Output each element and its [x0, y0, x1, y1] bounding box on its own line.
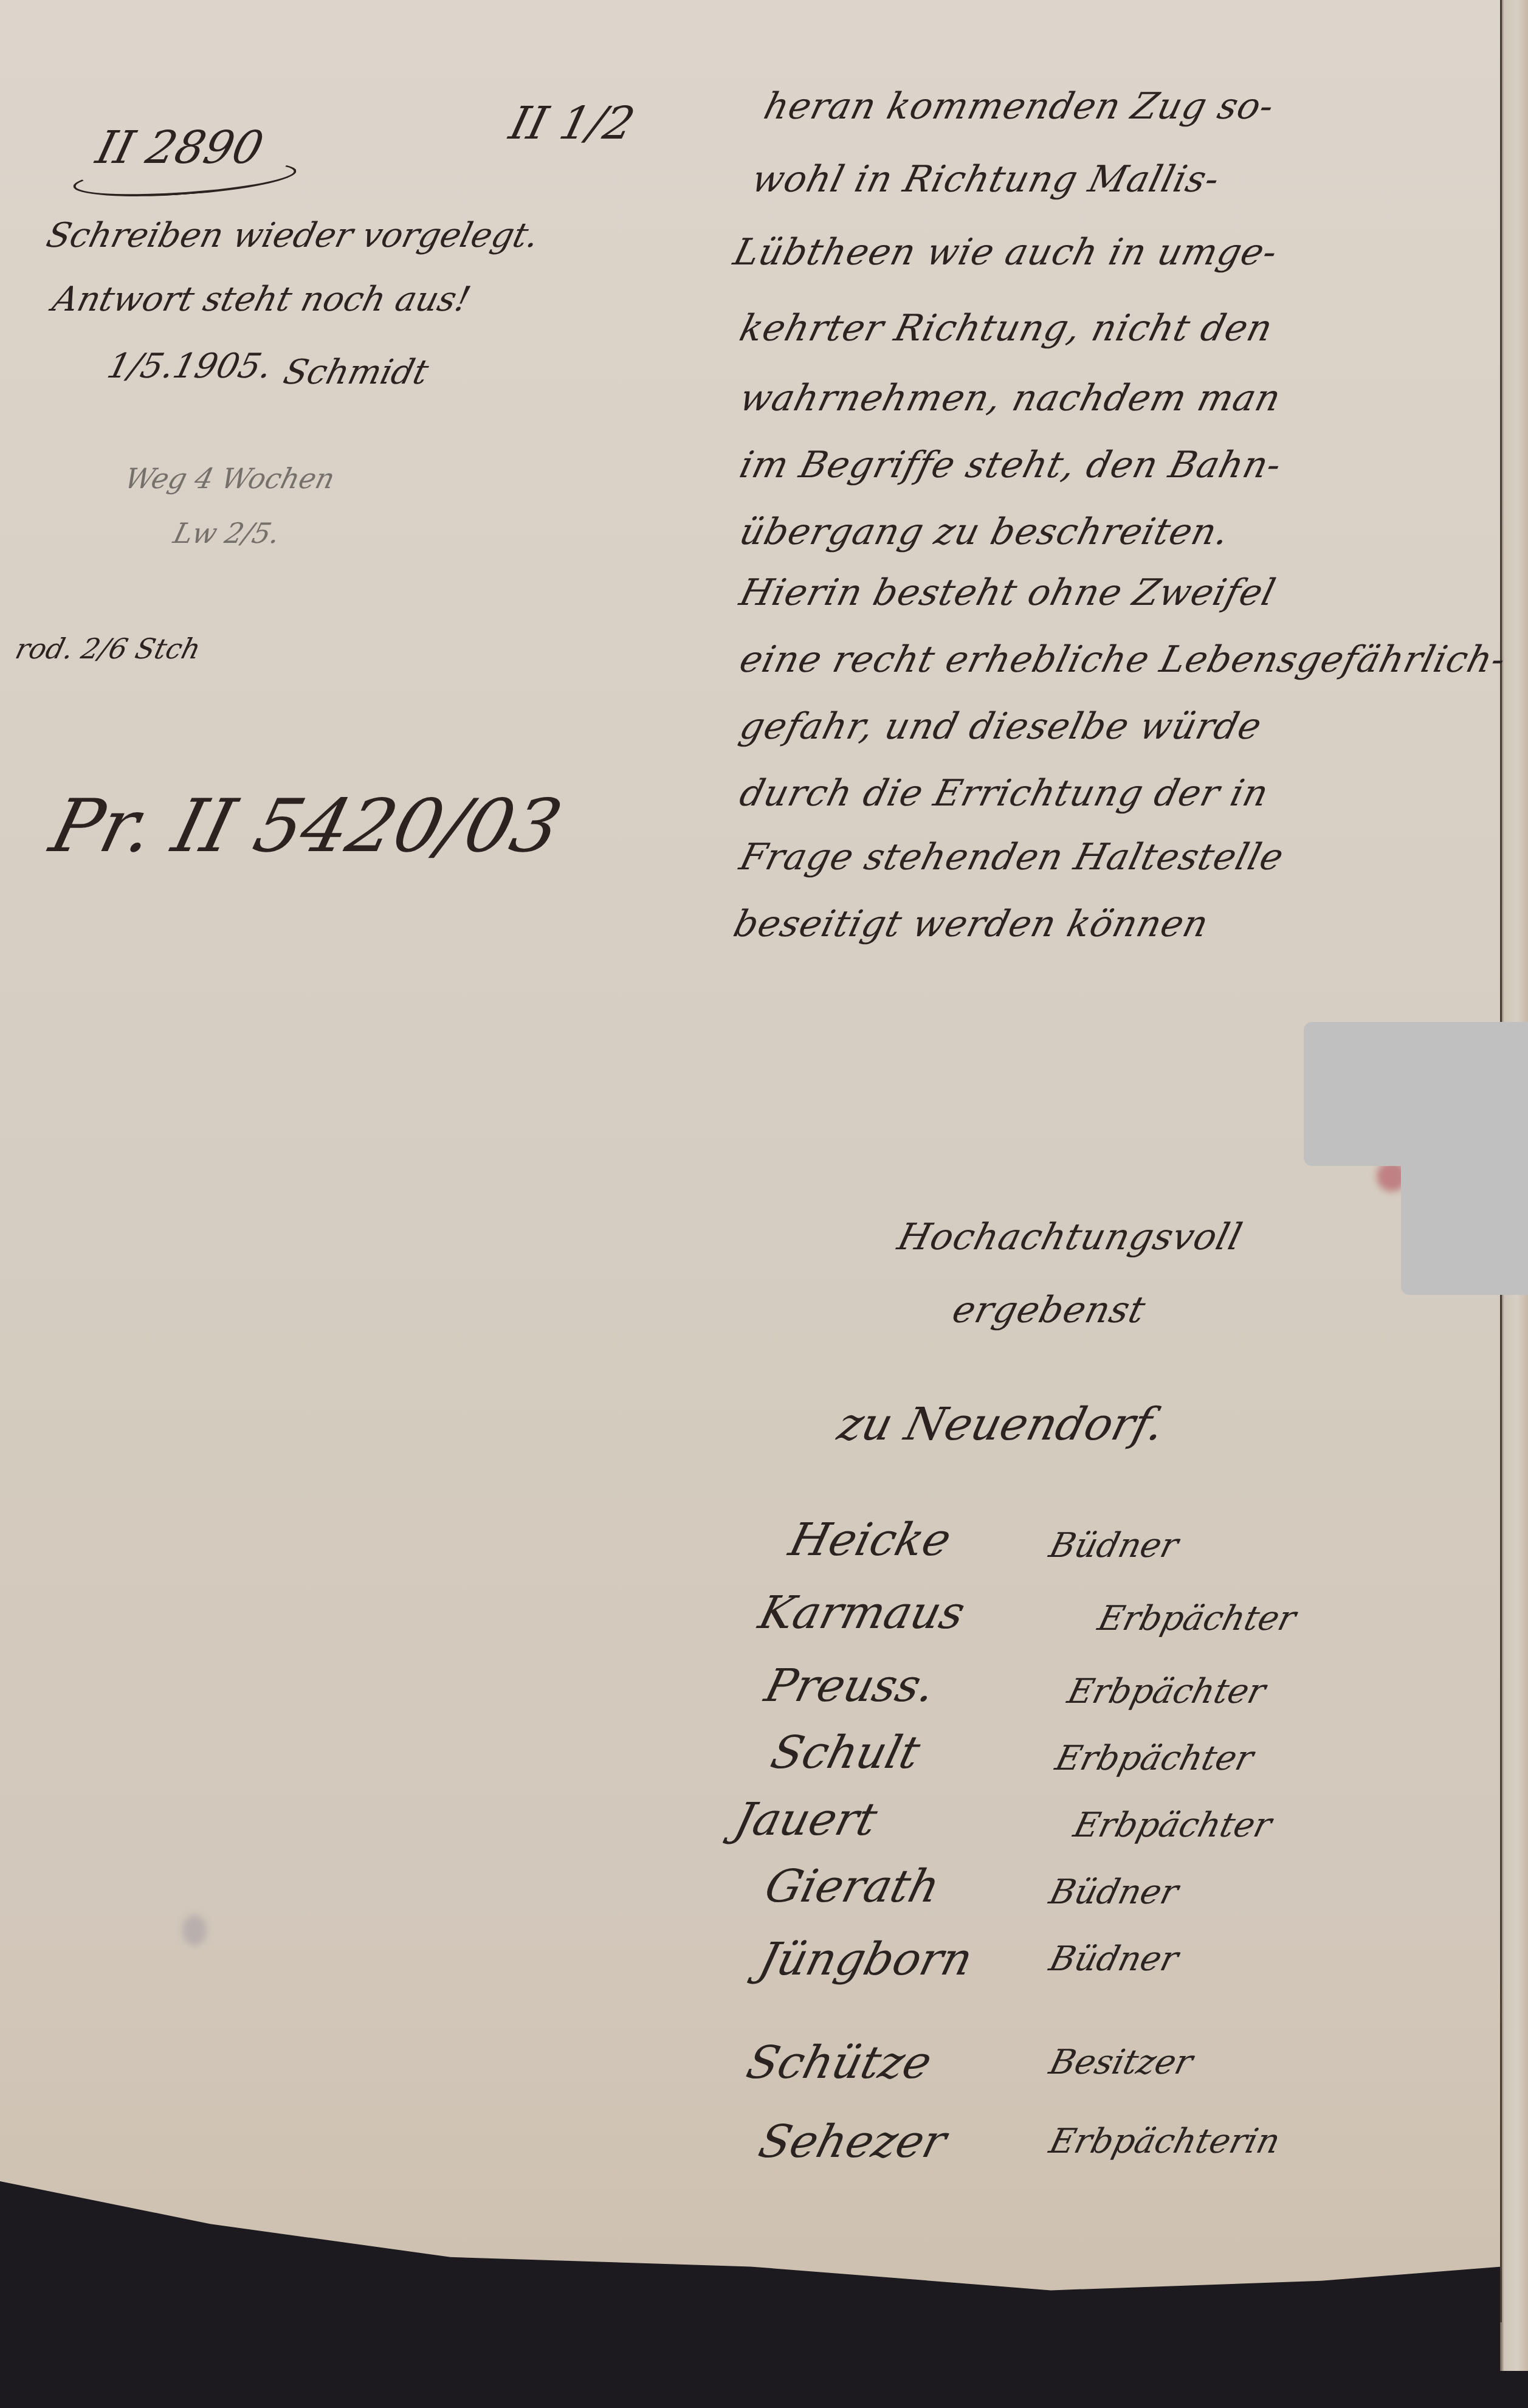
- signatory-name: Gierath: [760, 1860, 945, 1913]
- pencil-note-line-2: Lw 2/5.: [170, 517, 284, 550]
- body-line: heran kommenden Zug so-: [760, 85, 1279, 128]
- body-line: Frage stehenden Haltestelle: [735, 836, 1289, 878]
- body-line: wohl in Richtung Mallis-: [748, 158, 1224, 201]
- signatory-name: Sehezer: [754, 2116, 952, 2168]
- signatory-name: Schütze: [742, 2037, 937, 2089]
- reference-number: Pr. II 5420/03: [43, 784, 570, 869]
- folio-mark: II 1/2: [504, 97, 640, 150]
- signatory-name: Karmaus: [754, 1587, 970, 1639]
- signatory-occupation: Erbpächter: [1070, 1806, 1276, 1845]
- signatory-occupation: Erbpächter: [1051, 1739, 1258, 1778]
- signatory-occupation: Besitzer: [1045, 2043, 1197, 2082]
- note-line-1: Schreiben wieder vorgelegt.: [43, 216, 543, 255]
- signatory-occupation: Erbpächterin: [1045, 2122, 1284, 2161]
- signatory-occupation: Büdner: [1045, 1939, 1182, 1979]
- redaction-block-upper: [1304, 1022, 1528, 1166]
- resubmission-note: rod. 2/6 Stch: [12, 632, 204, 665]
- body-line: beseitigt werden können: [729, 903, 1213, 945]
- signatory-name: Jüngborn: [754, 1933, 978, 1985]
- body-line: wahrnehmen, nachdem man: [735, 377, 1285, 419]
- signatory-occupation: Erbpächter: [1064, 1672, 1270, 1711]
- signatory-occupation: Büdner: [1045, 1872, 1182, 1912]
- note-line-2: Antwort steht noch aus!: [49, 280, 474, 319]
- body-line: gefahr, und dieselbe würde: [735, 705, 1266, 748]
- body-line: Hierin besteht ohne Zweifel: [735, 571, 1280, 614]
- body-line: kehrter Richtung, nicht den: [735, 307, 1277, 350]
- signatory-name: Heicke: [784, 1514, 957, 1566]
- signature: Schmidt: [280, 353, 432, 392]
- body-line: durch die Errichtung der in: [735, 772, 1273, 815]
- body-line: Lübtheen wie auch in umge-: [729, 231, 1282, 274]
- closing-line-2: ergebenst: [948, 1289, 1150, 1331]
- date: 1/5.1905.: [103, 347, 276, 386]
- body-line: eine recht erhebliche Lebensgefährlich-: [735, 638, 1510, 681]
- signatory-name: Preuss.: [760, 1660, 941, 1712]
- redaction-block-lower: [1401, 1166, 1528, 1295]
- body-line: übergang zu beschreiten.: [735, 511, 1234, 553]
- body-line: im Begriffe steht, den Bahn-: [735, 444, 1286, 486]
- place-line: zu Neuendorf.: [833, 1398, 1170, 1451]
- signatory-occupation: Erbpächter: [1094, 1599, 1300, 1638]
- ink-stain: [182, 1915, 207, 1945]
- signatory-name: Jauert: [729, 1793, 883, 1846]
- signatory-occupation: Büdner: [1045, 1526, 1182, 1565]
- signatory-name: Schult: [766, 1727, 925, 1779]
- closing-line-1: Hochachtungsvoll: [893, 1216, 1247, 1258]
- pencil-note-line-1: Weg 4 Wochen: [122, 462, 338, 495]
